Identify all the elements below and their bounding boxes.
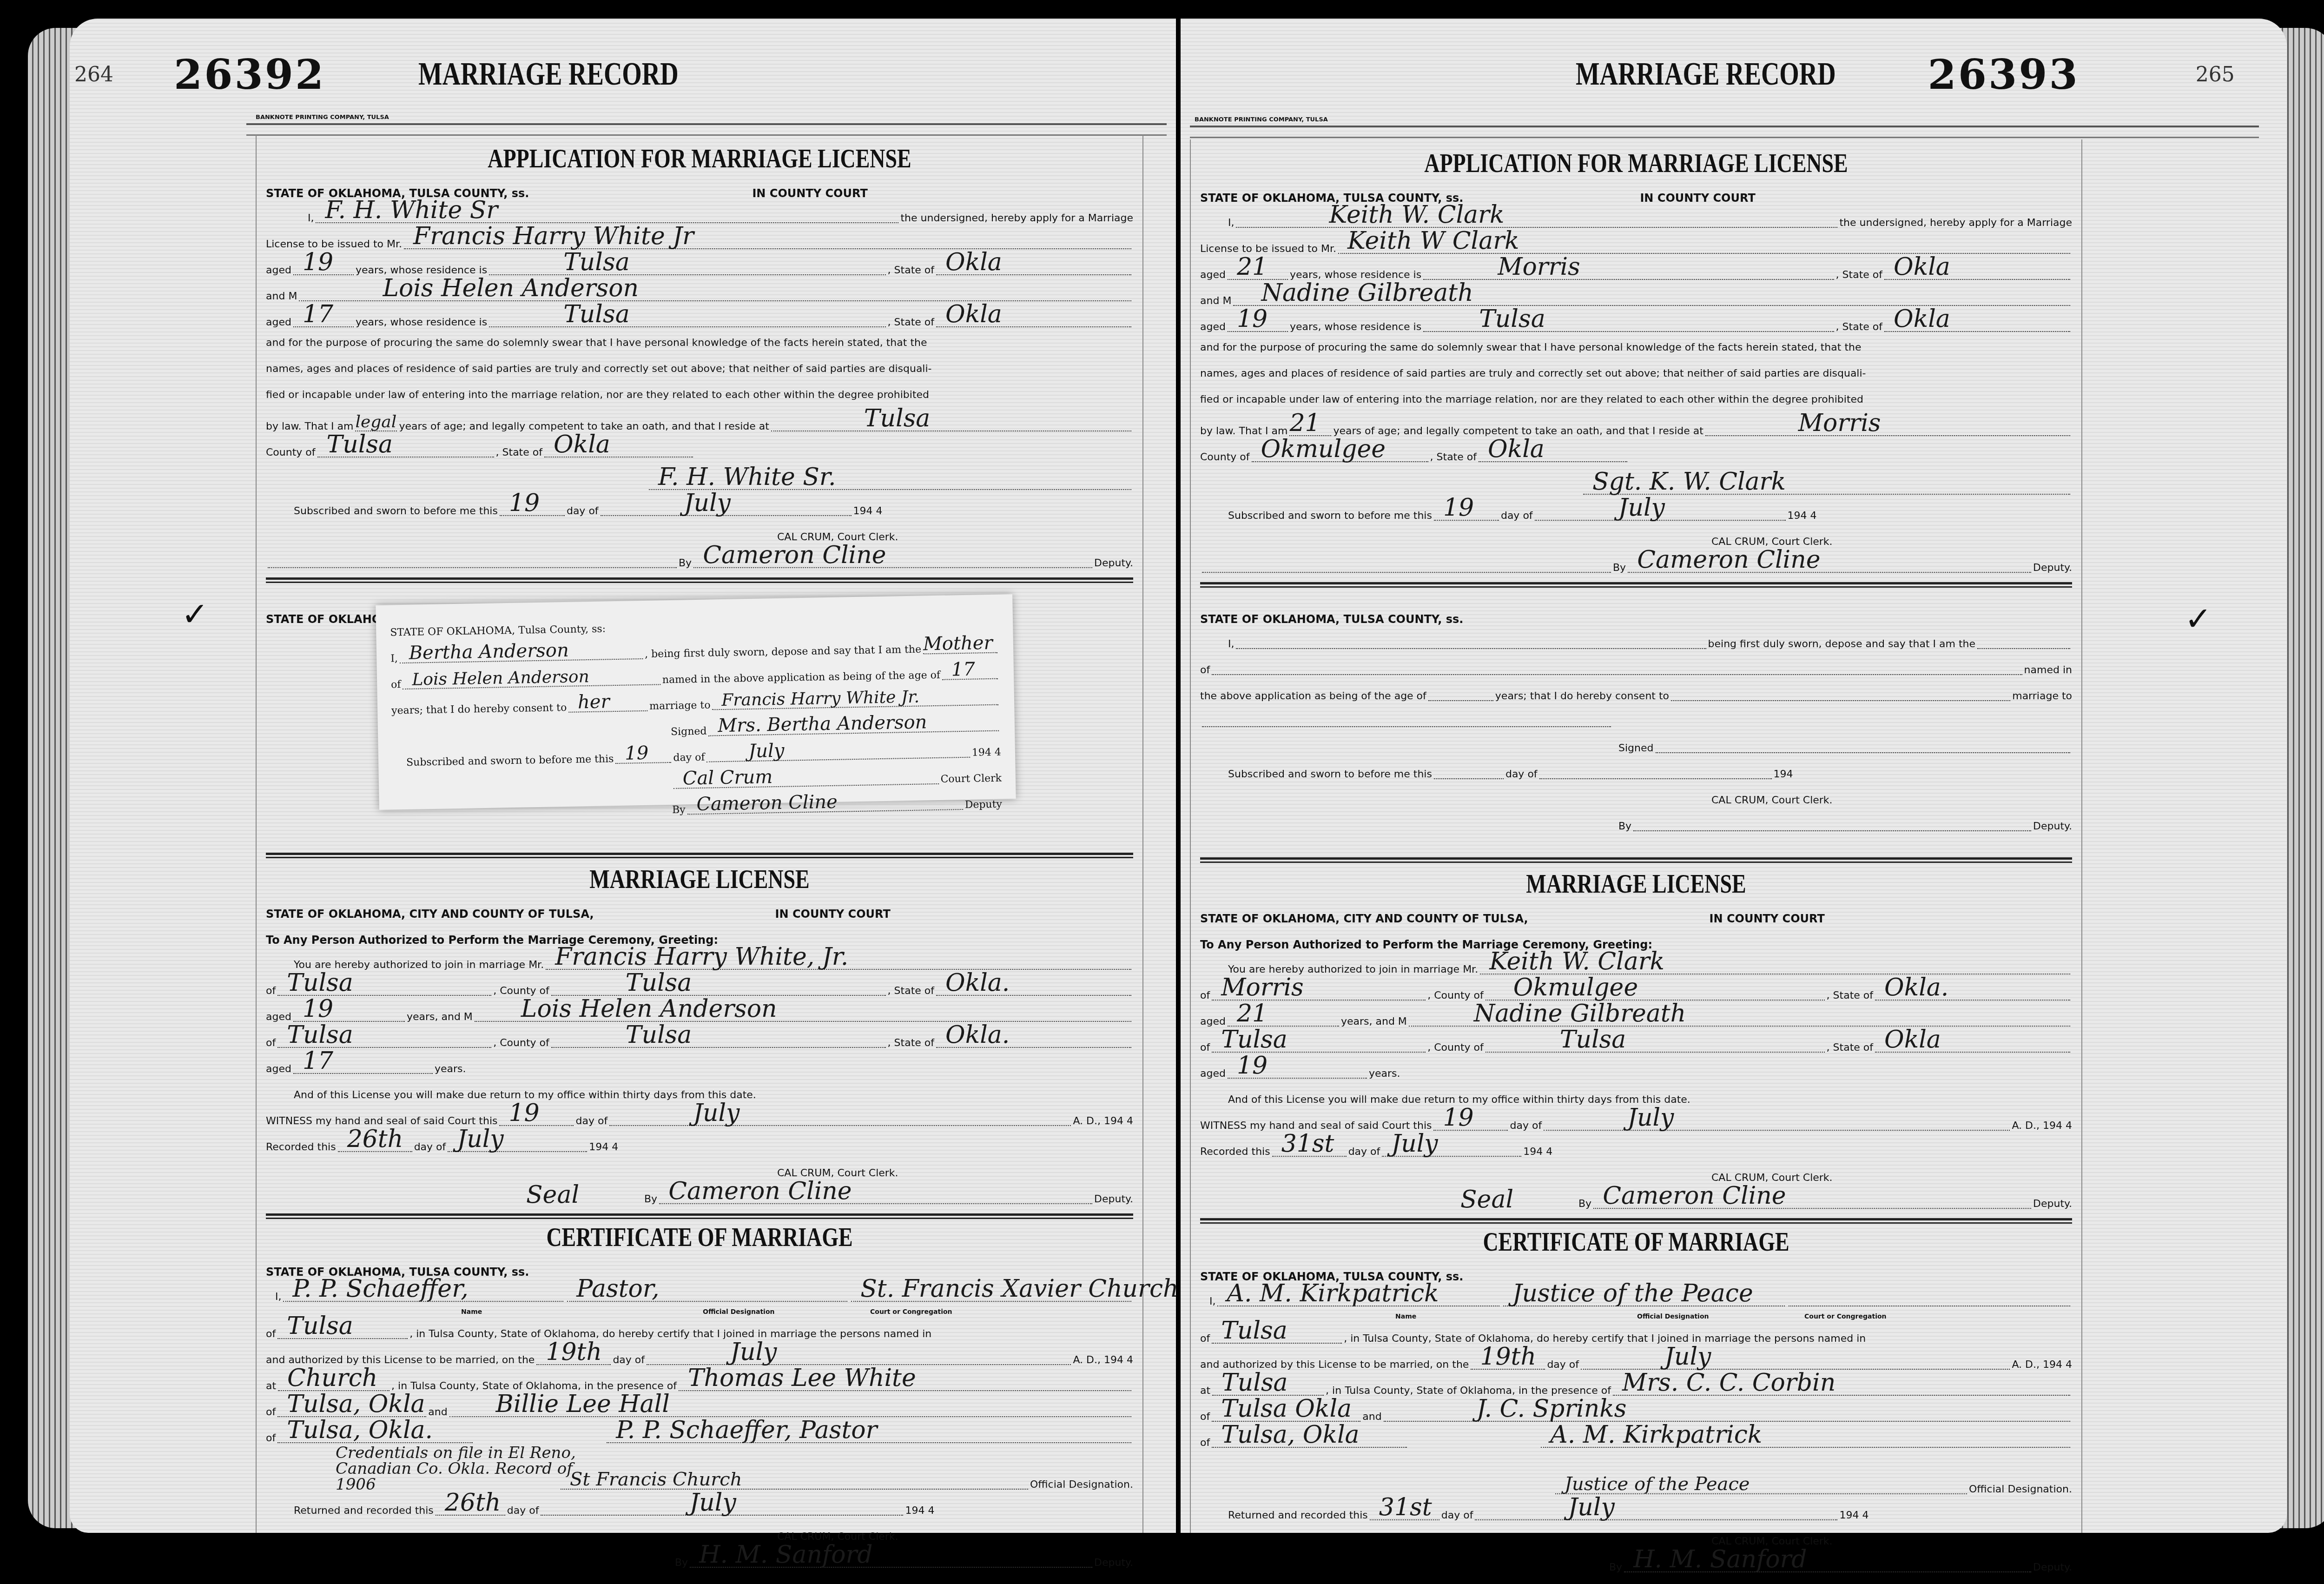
returned-month: July (689, 1491, 736, 1515)
section-divider (1200, 1218, 2072, 1224)
consent-section: STATE OF OKLAHOMA, TULSA COUNTY, ss. I,b… (1191, 600, 2081, 834)
recorded-day: 31st (1281, 1132, 1334, 1156)
witness-day: 19 (1443, 1106, 1473, 1130)
witness-2-of: Tulsa, Okla. (287, 1418, 433, 1442)
oath-text-3: fied or incapable under law of entering … (1200, 387, 2072, 413)
applicant-name: Keith W. Clark (1329, 203, 1504, 227)
consent-to-field[interactable] (1671, 700, 2010, 701)
bride-name: Nadine Gilbreath (1261, 281, 1473, 305)
left-form: APPLICATION FOR MARRIAGE LICENSE STATE O… (256, 135, 1143, 1533)
witness-year: A. D., 194 4 (2012, 1120, 2072, 1133)
label: , State of (888, 985, 934, 999)
witness-2-of: Tulsa, Okla (1221, 1423, 1359, 1447)
court-label: IN COUNTY COURT (752, 187, 867, 200)
label: of (391, 679, 401, 692)
label: Official Designation. (1030, 1479, 1133, 1492)
label: and (1362, 1411, 1381, 1425)
sworn-day: 19 (1443, 496, 1474, 520)
seal-notation: Seal (526, 1183, 579, 1207)
officiant-name: P. P. Schaeffer, (292, 1277, 468, 1301)
label: of (266, 1037, 276, 1051)
label: day of (1348, 1146, 1380, 1160)
applicant-name: F. H. White Sr (325, 198, 498, 222)
officiant-designation: Pastor, (576, 1277, 659, 1301)
cert-city: Tulsa (287, 1314, 353, 1338)
consent-age: 17 (951, 660, 976, 679)
officiant-signature: P. P. Schaeffer, Pastor (616, 1418, 877, 1442)
section-title: APPLICATION FOR MARRIAGE LICENSE (1279, 149, 1994, 179)
label: named in (2024, 664, 2072, 678)
returned-day: 26th (445, 1491, 501, 1515)
label: Official Designation (1637, 1313, 1709, 1320)
label: years, whose residence is (356, 317, 487, 330)
label: , State of (888, 1037, 934, 1051)
witness-1: Mrs. C. C. Corbin (1622, 1371, 1835, 1395)
label: at (266, 1380, 276, 1394)
consent-signature: Mrs. Bertha Anderson (718, 713, 927, 735)
label: I, (1209, 1296, 1215, 1309)
officiant-signature: A. M. Kirkpatrick (1550, 1423, 1762, 1447)
label: Court or Congregation (1804, 1313, 1887, 1320)
label: , State of (888, 317, 934, 330)
applicant-state: Okla (554, 432, 610, 457)
witness-month: July (693, 1101, 739, 1125)
returned-day: 31st (1379, 1495, 1432, 1519)
bride-age: 19 (1237, 307, 1268, 331)
label: , State of (888, 265, 934, 278)
label: By (1578, 1198, 1591, 1212)
label: Name (461, 1308, 482, 1316)
label: , County of (493, 1037, 549, 1051)
label: day of (507, 1505, 539, 1518)
applicant-signature: F. H. White Sr. (658, 465, 836, 489)
label: being first duly sworn, depose and say t… (1708, 638, 1975, 652)
applicant-signature: Sgt. K. W. Clark (1592, 470, 1786, 494)
applicant-county: Okmulgee (1261, 437, 1386, 461)
section-divider (266, 1213, 1133, 1219)
bride-residence: Tulsa (1479, 307, 1545, 331)
groom-age: 21 (1237, 1001, 1268, 1026)
groom-residence: Morris (1498, 255, 1580, 279)
clerk-name: CAL CRUM, Court Clerk. (1711, 795, 1833, 808)
label: years, and M (1341, 1016, 1407, 1029)
recorded-month: July (457, 1127, 503, 1151)
header-title: MARRIAGE RECORD (418, 56, 679, 93)
sworn-year: 194 4 (853, 505, 883, 519)
label: aged (1200, 269, 1226, 283)
label: Official Designation. (1969, 1484, 2072, 1497)
label: Deputy. (2033, 1198, 2072, 1212)
record-number: 26393 (1928, 50, 2080, 99)
bride-county: Tulsa (626, 1023, 692, 1047)
label: day of (1441, 1510, 1473, 1523)
groom-age: 19 (303, 997, 333, 1021)
left-page: 264 26392 MARRIAGE RECORD BANKNOTE PRINT… (70, 19, 1176, 1533)
married-month: July (730, 1340, 777, 1364)
license-section: MARRIAGE LICENSE STATE OF OKLAHOMA, CITY… (1191, 851, 2081, 1230)
label: Deputy. (1094, 1193, 1133, 1207)
label: County of (266, 447, 316, 460)
deputy-signature: H. M. Sanford (699, 1543, 873, 1567)
label: the undersigned, hereby apply for a Marr… (900, 212, 1133, 226)
application-section: APPLICATION FOR MARRIAGE LICENSE STATE O… (1191, 149, 2081, 594)
groom-state: Okla (1894, 255, 1950, 279)
consent-sworn-day: 19 (625, 744, 649, 763)
license-bride: Nadine Gilbreath (1474, 1001, 1686, 1026)
label: aged (266, 265, 291, 278)
consent-of-person: Lois Helen Anderson (412, 669, 589, 689)
right-page: MARRIAGE RECORD 26393 265 BANKNOTE PRINT… (1181, 19, 2287, 1533)
label: aged (1200, 321, 1226, 335)
label: aged (266, 1063, 291, 1077)
label: I, (390, 653, 398, 666)
groom-name: Keith W Clark (1347, 229, 1519, 253)
label: of (1200, 664, 1210, 678)
consent-overlay-slip: STATE OF OKLAHOMA, Tulsa County, ss: I,B… (376, 594, 1016, 810)
deputy-signature: H. M. Sanford (1633, 1547, 1807, 1571)
printer-imprint: BANKNOTE PRINTING COMPANY, TULSA (256, 114, 389, 121)
section-divider (1200, 582, 2072, 588)
consent-sworn-year: 194 4 (972, 747, 1001, 761)
oath-text-1: and for the purpose of procuring the sam… (266, 330, 1133, 356)
label: day of (1510, 1120, 1542, 1133)
cert-city: Tulsa (1221, 1319, 1287, 1343)
label: of (266, 985, 276, 999)
label: Recorded this (266, 1141, 336, 1155)
consent-to: her (578, 692, 610, 711)
married-year: A. D., 194 4 (2012, 1359, 2072, 1372)
applicant-resides-at: Tulsa (864, 406, 931, 431)
consent-sworn-month: July (748, 742, 785, 761)
married-day: 19th (1480, 1345, 1536, 1369)
label: of (266, 1406, 276, 1420)
married-at: Tulsa (1221, 1371, 1288, 1395)
label: , State of (1827, 990, 1873, 1003)
marriage-to-field[interactable] (1202, 726, 1611, 727)
applicant-age: 21 (1289, 411, 1320, 435)
bride-state: Okla (1884, 1027, 1941, 1052)
label: day of (613, 1354, 645, 1368)
label: By (675, 1557, 688, 1571)
label: Signed (671, 726, 707, 740)
right-header: MARRIAGE RECORD 26393 265 (1576, 46, 2235, 102)
label: of (1200, 990, 1210, 1003)
bride-residence: Tulsa (563, 302, 630, 326)
license-section: MARRIAGE LICENSE STATE OF OKLAHOMA, CITY… (257, 846, 1142, 1226)
officiant-name: A. M. Kirkpatrick (1227, 1281, 1439, 1306)
court-label: IN COUNTY COURT (1710, 912, 1825, 925)
court-label: IN COUNTY COURT (775, 908, 891, 921)
applicant-county: Tulsa (327, 432, 393, 457)
label: , State of (1827, 1042, 1873, 1055)
bride-city: Tulsa (1221, 1027, 1287, 1052)
label: day of (567, 505, 599, 519)
label: Subscribed and sworn to before me this (1228, 769, 1432, 782)
label: of (266, 1432, 276, 1446)
label: I, (1228, 638, 1234, 652)
witness-1-of: Tulsa, Okla (287, 1392, 425, 1416)
official-designation-value: Justice of the Peace (1565, 1475, 1750, 1493)
court-clerk-signature: Cal Crum (683, 768, 773, 788)
record-number: 26392 (174, 50, 325, 99)
bride-state: Okla (1894, 307, 1950, 331)
section-title: CERTIFICATE OF MARRIAGE (1279, 1227, 1994, 1257)
label: 194 (1774, 769, 1793, 782)
oath-text-3: fied or incapable under law of entering … (266, 382, 1133, 408)
label: Subscribed and sworn to before me this (294, 505, 498, 519)
header-title: MARRIAGE RECORD (1576, 56, 1836, 93)
label: day of (673, 752, 705, 766)
bride-state: Okla. (945, 1023, 1010, 1047)
returned-month: July (1568, 1495, 1614, 1519)
bride-age: 19 (1237, 1054, 1268, 1078)
label: day of (1547, 1359, 1579, 1372)
section-divider (266, 853, 1133, 858)
court-label: IN COUNTY COURT (1640, 192, 1755, 205)
application-section: APPLICATION FOR MARRIAGE LICENSE STATE O… (257, 144, 1142, 590)
label: By (679, 557, 692, 571)
label: the above application as being of the ag… (1200, 690, 1426, 704)
bride-county: Tulsa (1560, 1027, 1626, 1052)
license-bride: Lois Helen Anderson (521, 997, 777, 1021)
label: Returned and recorded this (294, 1505, 434, 1518)
state-line: STATE OF OKLAHOMA, TULSA COUNTY, ss. (1200, 613, 1463, 626)
label: years, whose residence is (1290, 321, 1421, 335)
section-divider (266, 577, 1133, 583)
label: I, (1228, 217, 1234, 231)
certificate-section: CERTIFICATE OF MARRIAGE STATE OF OKLAHOM… (257, 1223, 1142, 1571)
witness-month: July (1627, 1106, 1674, 1130)
sworn-day-field[interactable] (1434, 778, 1504, 779)
label: years; that I do hereby consent to (1495, 690, 1669, 704)
sworn-month: July (1618, 496, 1665, 520)
label: day of (1501, 510, 1533, 524)
consent-deputy: Cameron Cline (696, 793, 838, 814)
sworn-day: 19 (509, 491, 540, 515)
label: By (672, 804, 686, 817)
label: License to be issued to Mr. (1200, 243, 1336, 257)
label: , State of (1430, 451, 1477, 465)
official-designation-value: St Francis Church (570, 1470, 742, 1489)
groom-state: Okla. (945, 971, 1010, 995)
congregation: St. Francis Xavier Church (860, 1277, 1178, 1301)
label: Deputy. (2033, 1562, 2072, 1575)
label: marriage to (2012, 690, 2072, 704)
consent-marriage-to: Francis Harry White Jr. (721, 689, 919, 709)
label: day of (575, 1115, 607, 1129)
signed-field[interactable] (1656, 752, 2071, 753)
label: at (1200, 1385, 1210, 1398)
deputy-signature: Cameron Cline (1603, 1184, 1786, 1208)
label: By (644, 1193, 657, 1207)
recorded-month: July (1391, 1132, 1438, 1156)
witness-2: J. C. Sprinks (1477, 1397, 1627, 1421)
label: Deputy (965, 799, 1003, 813)
returned-year: 194 4 (1839, 1510, 1868, 1523)
married-month: July (1664, 1345, 1711, 1369)
label: Deputy. (1094, 1557, 1133, 1571)
officiant-designation: Justice of the Peace (1512, 1281, 1753, 1306)
label: the undersigned, hereby apply for a Marr… (1839, 217, 2072, 231)
applicant-age: legal (355, 414, 396, 431)
label: Returned and recorded this (1228, 1510, 1368, 1523)
deputy-signature: Cameron Cline (668, 1179, 852, 1203)
label: of (1200, 1411, 1210, 1425)
label: I, (308, 212, 314, 226)
label: Deputy. (1094, 557, 1133, 571)
label: aged (1200, 1068, 1226, 1081)
groom-state: Okla. (1884, 975, 1948, 1000)
header-rule (1190, 126, 2259, 138)
label: day of (1505, 769, 1538, 782)
witness-year: A. D., 194 4 (1073, 1115, 1133, 1129)
of-person-field[interactable] (1212, 674, 2022, 675)
label: , State of (1836, 269, 1882, 283)
bride-city: Tulsa (287, 1023, 353, 1047)
groom-residence: Tulsa (563, 250, 630, 274)
bride-state: Okla (945, 302, 1002, 326)
recorded-year: 194 4 (589, 1141, 618, 1155)
label: of (1200, 1437, 1210, 1451)
witness-1-of: Tulsa Okla (1221, 1397, 1352, 1421)
label: Recorded this (1200, 1146, 1270, 1160)
license-groom: Keith W. Clark (1489, 949, 1664, 974)
label: By (1618, 821, 1631, 834)
groom-age: 19 (303, 250, 333, 274)
label: Name (1395, 1313, 1416, 1320)
label: Deputy. (2033, 562, 2072, 576)
printer-imprint: BANKNOTE PRINTING COMPANY, TULSA (1195, 116, 1328, 123)
license-groom: Francis Harry White, Jr. (555, 945, 848, 969)
relation-field[interactable] (1977, 648, 2070, 649)
consenter-relation: Mother (923, 634, 993, 654)
groom-city: Tulsa (287, 971, 353, 995)
label: , State of (1836, 321, 1882, 335)
sworn-month-field[interactable] (1539, 778, 1772, 779)
applicant-resides-at: Morris (1798, 411, 1881, 435)
label: Court Clerk (940, 773, 1002, 787)
sworn-year: 194 4 (1788, 510, 1817, 524)
check-mark-icon: ✓ (181, 595, 209, 633)
bride-name: Lois Helen Anderson (383, 276, 639, 300)
label: , in Tulsa County, State of Oklahoma, do… (409, 1328, 931, 1342)
consenter-field[interactable] (1236, 648, 1706, 649)
label: years, and M (407, 1011, 473, 1025)
deputy-signature: Cameron Cline (703, 543, 886, 567)
label: and M (266, 291, 297, 304)
groom-city: Morris (1221, 975, 1304, 1000)
page-number: 265 (2196, 63, 2235, 86)
oath-text-2: names, ages and places of residence of s… (266, 356, 1133, 382)
label: , in Tulsa County, State of Oklahoma, do… (1344, 1333, 1866, 1346)
oath-text-1: and for the purpose of procuring the sam… (1200, 335, 2072, 361)
married-at: Church (287, 1366, 377, 1390)
section-title: CERTIFICATE OF MARRIAGE (344, 1223, 1055, 1253)
applicant-state: Okla (1488, 437, 1545, 461)
bride-age: 17 (303, 1049, 333, 1073)
label: of (1200, 1042, 1210, 1055)
returned-year: 194 4 (905, 1505, 934, 1518)
witness-day: 19 (508, 1101, 539, 1125)
section-divider (1200, 857, 2072, 863)
consenter-name: Bertha Anderson (409, 641, 569, 663)
deputy-field[interactable] (1633, 830, 2031, 831)
label: , County of (1427, 1042, 1484, 1055)
label: years. (435, 1063, 466, 1077)
witness-2: Billie Lee Hall (496, 1392, 670, 1416)
label: County of (1200, 451, 1250, 465)
label: Signed (1618, 742, 1654, 756)
label: Subscribed and sworn to before me this (1228, 510, 1432, 524)
groom-county: Tulsa (626, 971, 692, 995)
state-line: STATE OF OKLAHOMA, CITY AND COUNTY OF TU… (1200, 912, 1528, 925)
label: and M (1200, 295, 1231, 309)
age-field[interactable] (1428, 700, 1493, 701)
recorded-year: 194 4 (1523, 1146, 1552, 1160)
label: License to be issued to Mr. (266, 239, 402, 252)
left-header: 264 26392 MARRIAGE RECORD (74, 46, 752, 102)
seal-notation: Seal (1460, 1187, 1513, 1212)
label: I, (275, 1291, 281, 1305)
recorded-day: 26th (347, 1127, 403, 1151)
witness-1: Thomas Lee White (688, 1366, 916, 1390)
label: By (1609, 1562, 1622, 1575)
section-title: MARRIAGE LICENSE (1279, 869, 1994, 899)
married-day: 19th (546, 1340, 602, 1364)
groom-county: Okmulgee (1513, 975, 1638, 1000)
label: of (1200, 1333, 1210, 1346)
state-line: STATE OF OKLAHOMA, CITY AND COUNTY OF TU… (266, 908, 594, 921)
section-title: APPLICATION FOR MARRIAGE LICENSE (344, 144, 1055, 174)
label: Official Designation (703, 1308, 775, 1316)
label: aged (266, 317, 291, 330)
right-form: APPLICATION FOR MARRIAGE LICENSE STATE O… (1190, 139, 2082, 1533)
label: marriage to (649, 699, 711, 714)
label: By (1613, 562, 1626, 576)
page-number: 264 (74, 63, 113, 86)
header-rule (246, 123, 1167, 136)
label: day of (414, 1141, 446, 1155)
groom-state: Okla (945, 250, 1002, 274)
label: of (266, 1328, 276, 1342)
record-book-spread: 264 26392 MARRIAGE RECORD BANKNOTE PRINT… (0, 0, 2324, 1584)
certificate-section: CERTIFICATE OF MARRIAGE STATE OF OKLAHOM… (1191, 1227, 2081, 1575)
label: Court or Congregation (870, 1308, 952, 1316)
sworn-month: July (684, 491, 731, 515)
oath-text-2: names, ages and places of residence of s… (1200, 361, 2072, 387)
label: years. (1369, 1068, 1400, 1081)
section-title: MARRIAGE LICENSE (344, 865, 1055, 895)
groom-name: Francis Harry White Jr (413, 224, 694, 248)
check-mark-icon: ✓ (2185, 600, 2212, 638)
married-year: A. D., 194 4 (1073, 1354, 1133, 1368)
groom-age: 21 (1237, 255, 1268, 279)
label: , State of (496, 447, 542, 460)
bride-age: 17 (303, 302, 333, 326)
deputy-signature: Cameron Cline (1637, 548, 1820, 572)
label: Deputy. (2033, 821, 2072, 834)
